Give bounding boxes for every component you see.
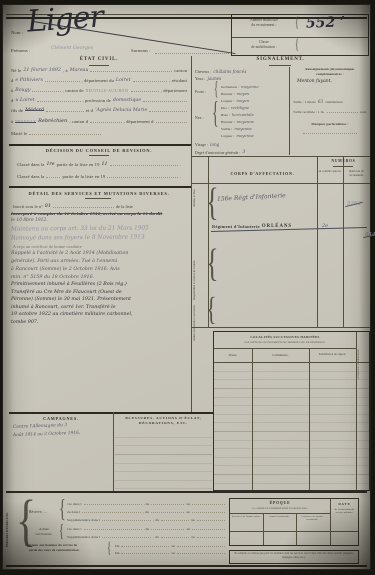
- dotted-leader: [192, 504, 225, 505]
- father-value: Médard: [25, 108, 44, 113]
- residence-value: Bougy: [15, 88, 30, 93]
- inscrit-suffix: de la liste: [116, 204, 133, 209]
- dotted-leader: [143, 101, 187, 102]
- dept-value: Loiret: [116, 78, 131, 83]
- d-label: d: [11, 98, 13, 103]
- dotted-leader: [327, 112, 358, 113]
- etat-civil-line: Né le 21 février 1892 , à Mareau canton: [11, 68, 187, 73]
- departement-du-label: , département du: [82, 78, 114, 83]
- brace-icon: {: [16, 494, 36, 551]
- fils-de-label: fils de: [11, 108, 23, 113]
- epoque-title: ÉPOQUE: [230, 501, 330, 505]
- saillie-line: Saillie : moyenne: [221, 126, 287, 131]
- periode-row: 2e dans l , du au: [67, 510, 225, 514]
- canton-stamp: NEUVILLE-AUX-BOIS: [86, 89, 129, 93]
- blessures-title: BLESSURES, ACTIONS D'ÉCLAT,: [115, 416, 212, 420]
- hauteur-value: moyen: [237, 91, 250, 96]
- dotted-leader: [121, 546, 169, 547]
- residence2-value: Rebréchien: [38, 118, 67, 124]
- taille-rect-unit: cent.: [360, 110, 367, 114]
- mother-value: ’Agnès Delucia Marie: [95, 108, 147, 113]
- au-label: au: [186, 502, 190, 506]
- nez-largeur-label: Largeur :: [221, 134, 234, 138]
- hauteur-label: Hauteur :: [221, 92, 235, 96]
- dotted-leader: [90, 122, 121, 123]
- localites-title: LOCALITÉS SUCCESSIVES HABITÉES: [214, 335, 356, 339]
- epoque-subtitle: À LAQUELLE L'HOMME DOIT PASSER DANS :: [230, 507, 330, 510]
- dotted-leader: [149, 111, 187, 112]
- paper-sheet: Nom : Liger Prénoms : Clément Georges Su…: [2, 4, 371, 570]
- periode-label: Supplémentaire dans l: [67, 518, 100, 522]
- brace-icon: {: [295, 16, 299, 30]
- residant-label: , résidant: [169, 78, 187, 83]
- localites-empty-rows: [214, 363, 369, 490]
- numeros-col1-header: au contrôle spécial.: [317, 170, 343, 174]
- decision-line-2: Classé dans la partie de la liste en 19 …: [17, 174, 181, 179]
- partie-liste-label: partie de la liste en 19: [57, 162, 100, 167]
- brace-icon: {: [206, 184, 218, 223]
- etat-civil-line: d e Pithiviers , département du Loiret ,…: [11, 78, 187, 83]
- divider: [9, 144, 191, 146]
- service-note: Transféré au Cre Mre de Flaucourt (Ouest…: [11, 290, 122, 295]
- annee-value: 11: [101, 162, 107, 167]
- speciales-group-label: Spéciales aux hommes du service de: [25, 543, 77, 547]
- visage-value: long: [210, 142, 219, 147]
- dotted-leader: [110, 165, 178, 166]
- front-hauteur-line: Hauteur : moyen: [221, 91, 287, 96]
- matricule-value: 552 ʼ: [306, 14, 346, 31]
- dotted-leader: [192, 512, 225, 513]
- dotted-leader: [53, 207, 114, 208]
- au-label: au: [191, 518, 195, 522]
- divider: [113, 412, 114, 491]
- cheveux-value: châtains foncés: [213, 69, 246, 74]
- divider: [230, 513, 330, 514]
- epoque-note: Ne remplir ce tableau que pour les homme…: [229, 550, 359, 564]
- classe-label: de mobilisation :: [234, 45, 294, 49]
- dotted-leader: [177, 546, 225, 547]
- signalement-title: SIGNALEMENT.: [191, 57, 370, 62]
- epoque-col2-header: l'armée territoriale.: [264, 515, 295, 518]
- dotted-leader: [131, 91, 159, 92]
- reserve-group-label: Réserve, ...: [29, 510, 47, 514]
- front-largeur-line: Largeur : moyen: [221, 98, 287, 103]
- profession-value: domestique: [113, 98, 141, 103]
- brace-icon: {: [206, 293, 217, 326]
- a-label: , à: [63, 68, 68, 73]
- corps-title: CORPS D'AFFECTATION.: [208, 171, 317, 176]
- dotted-leader: [29, 134, 101, 135]
- etat-civil-title: ÉTAT CIVIL.: [9, 57, 189, 62]
- matricule-box: Numéro matricule du recrutement : { 552 …: [231, 14, 369, 56]
- divider: [269, 65, 291, 66]
- service-note: Rappelé à l'activité le 2 Août 1914 (Mob…: [11, 251, 128, 256]
- epoque-col3-header: la réserve de l'armée territoriale.: [297, 515, 328, 522]
- periode-label: 1re dans l: [67, 502, 82, 506]
- etat-civil-line: à NEUVILLE Rebréchien , canton d , dépar…: [11, 118, 187, 124]
- dotted-leader: [192, 529, 225, 530]
- base-value: horizontale: [232, 112, 254, 117]
- a-label: à: [11, 119, 13, 124]
- renvoye-line: Renvoyé dans ses foyers le 8 Novembre 19…: [11, 234, 145, 241]
- dotted-leader: [177, 553, 225, 554]
- dept2-value: u Loiret: [15, 98, 34, 103]
- instruction-line: Degré d'instruction générale : 3: [195, 150, 291, 155]
- nez-hauteur-value: moyenne: [237, 119, 254, 124]
- nez-base-line: Base : horizontale: [221, 112, 287, 117]
- nez-hauteur-line: Hauteur : moyenne: [221, 119, 287, 124]
- maintenu-line: Maintenu au corps art. 33 loi du 21 Mars…: [11, 225, 149, 232]
- saillie-value: moyenne: [234, 126, 251, 131]
- inclinaison-value: moyenne: [241, 84, 258, 89]
- au-label: au: [171, 551, 175, 555]
- au-label: au: [171, 544, 175, 548]
- dotted-leader: [161, 537, 189, 538]
- periode-row: 1re dans l , du au: [67, 527, 225, 531]
- dotted-leader: [121, 553, 169, 554]
- campagnes-title: CAMPAGNES.: [9, 416, 113, 421]
- dotted-leader: [155, 53, 229, 54]
- periode-label: Supplémentaire dans l: [67, 535, 100, 539]
- subdivision-column-header: Subdivision de région.: [309, 353, 356, 356]
- divider: [191, 327, 370, 328]
- profession-label: , profession de: [83, 98, 111, 103]
- classe-dans-la-label: Classé dans la: [17, 174, 44, 179]
- epoque-table: ÉPOQUE À LAQUELLE L'HOMME DOIT PASSER DA…: [229, 498, 359, 546]
- dotted-leader: [46, 177, 60, 178]
- renseignements-value: Menton fuyant.: [297, 79, 332, 84]
- dotted-leader: [46, 111, 84, 112]
- incorpore-line: Incorporé à compter du 10 Octobre 1912, …: [11, 211, 162, 216]
- front-label: Front :: [195, 90, 206, 94]
- dotted-leader: [151, 512, 184, 513]
- divider: [343, 156, 344, 327]
- cheveux-label: Cheveux :: [195, 70, 211, 74]
- du-label: , du: [153, 518, 159, 522]
- canton-d-label: , canton d: [69, 119, 88, 124]
- divider: [289, 67, 290, 155]
- blessures-empty-rows: [115, 429, 212, 491]
- du-label: , du: [144, 502, 150, 506]
- yeux-label: Yeux :: [195, 77, 205, 81]
- scanned-register-page: Nom : Liger Prénoms : Clément Georges Su…: [0, 0, 375, 575]
- dotted-leader: [90, 71, 172, 72]
- inclinaison-line: Inclinaison : moyenne: [221, 84, 287, 89]
- periode-row: Du au: [115, 544, 225, 548]
- nez-hauteur-label: Hauteur :: [221, 120, 235, 124]
- canton-value: e Pithiviers: [15, 78, 43, 83]
- renseignements-label: complémentaires :: [293, 72, 367, 76]
- brace-icon: {: [206, 245, 218, 284]
- etat-civil-line: fils de Médard et d ’Agnès Delucia Marie: [11, 108, 187, 113]
- du-label: , du: [153, 535, 159, 539]
- nom-label: Nom :: [11, 30, 23, 35]
- date-note-line: le 10 8bre 1912.: [11, 218, 48, 223]
- periode-row: 1re dans l , du au: [67, 502, 225, 506]
- divider: [85, 198, 111, 199]
- classe-label: Classe: [234, 40, 294, 44]
- marie-le-label: Marié le: [11, 131, 27, 136]
- dotted-leader: [161, 520, 189, 521]
- divider: [317, 156, 318, 327]
- instruction-label: Degré d'instruction générale :: [195, 151, 240, 155]
- armee-territoriale-group-label: Armée: [31, 527, 57, 531]
- periode-row: Du au: [115, 551, 225, 555]
- corps-row1-value: 156e Régt d'Infanterie: [217, 192, 286, 203]
- taille-rect-label: Taille rectifiée : 1 m.: [293, 110, 325, 114]
- du-label: Du: [115, 551, 119, 555]
- periode-label: 1re dans l: [67, 527, 82, 531]
- blessures-title: DÉCORATIONS, ETC.: [115, 421, 212, 425]
- dotted-leader: [32, 91, 60, 92]
- visage-line: Visage : long: [195, 142, 287, 147]
- divider: [230, 531, 358, 532]
- divider: [89, 155, 109, 156]
- service-note: tombe 907.: [11, 320, 38, 325]
- dotted-leader: [84, 529, 142, 530]
- saillie-label: Saillie :: [221, 127, 232, 131]
- dotted-leader: [151, 504, 184, 505]
- visage-label: Visage :: [195, 143, 208, 147]
- dotted-leader: [107, 177, 177, 178]
- decision-title: DÉCISION DU CONSEIL DE REVISION.: [9, 148, 189, 153]
- birth-date-value: 21 février 1892: [23, 68, 61, 73]
- du-label: , du: [144, 527, 150, 531]
- armee-active-label: Armée active.: [192, 163, 207, 233]
- service-note: min. n° 5159 du 18 Octobre 1916.: [11, 275, 94, 280]
- periode-label: 2e dans l: [67, 510, 80, 514]
- numeros-col2-header: matricule du recrutement.: [343, 170, 370, 177]
- marques-label: Marques particulières :: [293, 122, 367, 126]
- struck-stamp: NEUVILLE: [15, 120, 36, 124]
- etat-civil-line: à Bougy , canton de NEUVILLE-AUX-BOIS , …: [11, 88, 187, 93]
- decision-line-1: Classé dans la 1re partie de la liste en…: [17, 162, 181, 167]
- dotted-leader: [45, 81, 80, 82]
- dotted-leader: [102, 520, 151, 521]
- campagnes-value: Août 1914 au 2 Octobre 1916.: [13, 431, 80, 438]
- armee-territoriale-group-label: territoriale.: [31, 532, 57, 536]
- stamp-text: Régiment d'Infanterie: [212, 224, 260, 229]
- dot: .: [180, 174, 181, 179]
- dates-column-header: Dates.: [214, 353, 252, 357]
- inscrit-label: Inscrit sous le n°: [13, 204, 43, 209]
- localites-table: À DOMICILE. EN RÉSIDENCE. LOCALITÉS SUCC…: [213, 331, 370, 491]
- partie-value: 1re: [46, 162, 54, 167]
- dotted-leader: [197, 520, 225, 521]
- corps-row1-number: 5262: [347, 201, 361, 207]
- divider: [191, 56, 192, 413]
- stamp-number: 6449: [365, 232, 375, 238]
- instruction-value: 3: [242, 150, 245, 155]
- epoque-col1-header: la réserve de l'armée active.: [231, 515, 262, 518]
- au-label: au: [191, 535, 195, 539]
- inscrit-line: Inscrit sous le n° 81 de la liste: [13, 204, 133, 209]
- dotted-leader: [151, 529, 184, 530]
- date-liberation-subheader: de la libération du service militaire.: [331, 508, 358, 515]
- divider: [9, 412, 213, 414]
- cheveux-line: Cheveux : châtains foncés: [195, 69, 287, 74]
- du-label: Du: [115, 544, 119, 548]
- surnoms-label: Surnoms :: [131, 48, 151, 53]
- taille-label: Taille : 1 mètre: [293, 100, 316, 104]
- etat-civil-line: Marié le: [11, 131, 101, 136]
- dos-value: rectiligne: [231, 105, 249, 110]
- d-label: d: [11, 78, 13, 83]
- nez-largeur-value: moyenne: [236, 133, 253, 138]
- dotted-leader: [197, 537, 225, 538]
- classe-dans-la-label: Classé dans la: [17, 162, 44, 167]
- inscrit-num-value: 81: [45, 204, 51, 209]
- brace-icon: {: [295, 38, 299, 52]
- canton-label: canton: [174, 68, 187, 73]
- divider: [333, 166, 353, 167]
- service-note: Primitivement inhumé à Feuillères (2 Boi…: [11, 282, 127, 287]
- dos-label: Dos :: [221, 106, 229, 110]
- campagnes-value: Contre l'Allemagne du 3: [13, 423, 67, 430]
- matricule-label: du recrutement :: [234, 23, 294, 27]
- brace-icon: {: [59, 498, 66, 523]
- dotted-leader: [156, 122, 187, 123]
- taille-value: 63: [318, 99, 323, 104]
- service-note: à Rancourt (Somme) le 2 Octobre 1916. Av…: [11, 267, 120, 272]
- dotted-leader: [37, 101, 81, 102]
- numeros-header: NUMÉROS: [317, 159, 370, 163]
- partie-liste-label: partie de la liste en 19: [62, 174, 105, 179]
- brace-icon: {: [212, 101, 219, 132]
- communes-column-header: Communes.: [252, 353, 309, 357]
- etat-civil-line: d u Loiret , profession de domestique: [11, 98, 187, 103]
- dotted-leader: [133, 81, 168, 82]
- periode-row: Supplémentaire dans l , du au: [67, 535, 225, 539]
- yeux-line: Yeux : jaunes: [195, 76, 287, 81]
- taille-rect-line: Taille rectifiée : 1 m. cent.: [293, 110, 367, 114]
- localites-subtitle: PAR SUITE DE CHANGEMENTS DE DOMICILE OU …: [214, 341, 356, 344]
- taille-line: Taille : 1 mètre 63 centimètres.: [293, 99, 367, 104]
- date-liberation-header: DATE: [330, 502, 359, 506]
- departement-label: , département: [161, 88, 187, 93]
- dotted-leader: [82, 512, 141, 513]
- periode-row: Supplémentaire dans l , du au: [67, 518, 225, 522]
- nom-value: Liger: [26, 0, 104, 40]
- service-note: inhumé à Rancourt, carré 1er. Transféré …: [11, 305, 115, 310]
- brace-icon: {: [107, 540, 111, 556]
- et-d-label: et d: [86, 108, 93, 113]
- brace-icon: {: [214, 80, 218, 100]
- divider: [9, 186, 191, 188]
- nez-largeur-line: Largeur : moyenne: [221, 133, 287, 138]
- services-title: DÉTAIL DES SERVICES ET MUTATIONS DIVERSE…: [9, 191, 189, 196]
- nez-label: Nez :: [195, 116, 204, 120]
- au-label: au: [186, 527, 190, 531]
- largeur-value: moyen: [236, 98, 249, 103]
- au-label: au: [186, 510, 190, 514]
- divider: [214, 348, 356, 349]
- base-label: Base :: [221, 113, 230, 117]
- service-note: Péronne) (Somme) le 30 mai 1921. Présent…: [11, 297, 131, 302]
- territoriale-label: Armée territoriale et sa réserve.: [192, 293, 207, 353]
- prenoms-label: Prénoms :: [11, 48, 30, 53]
- ne-le-label: Né le: [11, 68, 21, 73]
- divider: [6, 491, 367, 493]
- dotted-leader: [84, 504, 142, 505]
- divider: [89, 65, 109, 66]
- departement-d-label: , département d: [124, 119, 154, 124]
- inclinaison-label: Inclinaison :: [221, 85, 239, 89]
- nez-dos-line: Dos : rectiligne: [221, 105, 287, 110]
- matricule-label: Numéro matricule: [234, 18, 294, 22]
- brace-icon: {: [59, 524, 64, 542]
- largeur-label: Largeur :: [221, 99, 234, 103]
- divider: [6, 565, 367, 567]
- du-label: , du: [143, 510, 149, 514]
- certificat-line: A reçu un certificat de bonne conduite: [13, 244, 82, 249]
- divider: [232, 37, 368, 38]
- service-note: 19 octobre 1922 au cimetière militaire c…: [11, 312, 133, 317]
- renseignements-label: Renseignements physionomiques: [293, 67, 367, 71]
- speciales-group-label: garde des voies de communication.: [29, 548, 80, 552]
- dotted-leader: [303, 133, 357, 134]
- service-note: générale). Parti aux armées. Tué à l'enn…: [11, 259, 117, 264]
- dot: .: [180, 162, 181, 167]
- prenoms-value: Clément Georges: [51, 46, 93, 51]
- taille-unit: centimètres.: [325, 100, 343, 104]
- a-label: à: [11, 88, 13, 93]
- stamp-note-value: 2e: [322, 223, 328, 229]
- canton-de-label: , canton de: [63, 88, 84, 93]
- birth-place-value: Mareau: [70, 68, 89, 73]
